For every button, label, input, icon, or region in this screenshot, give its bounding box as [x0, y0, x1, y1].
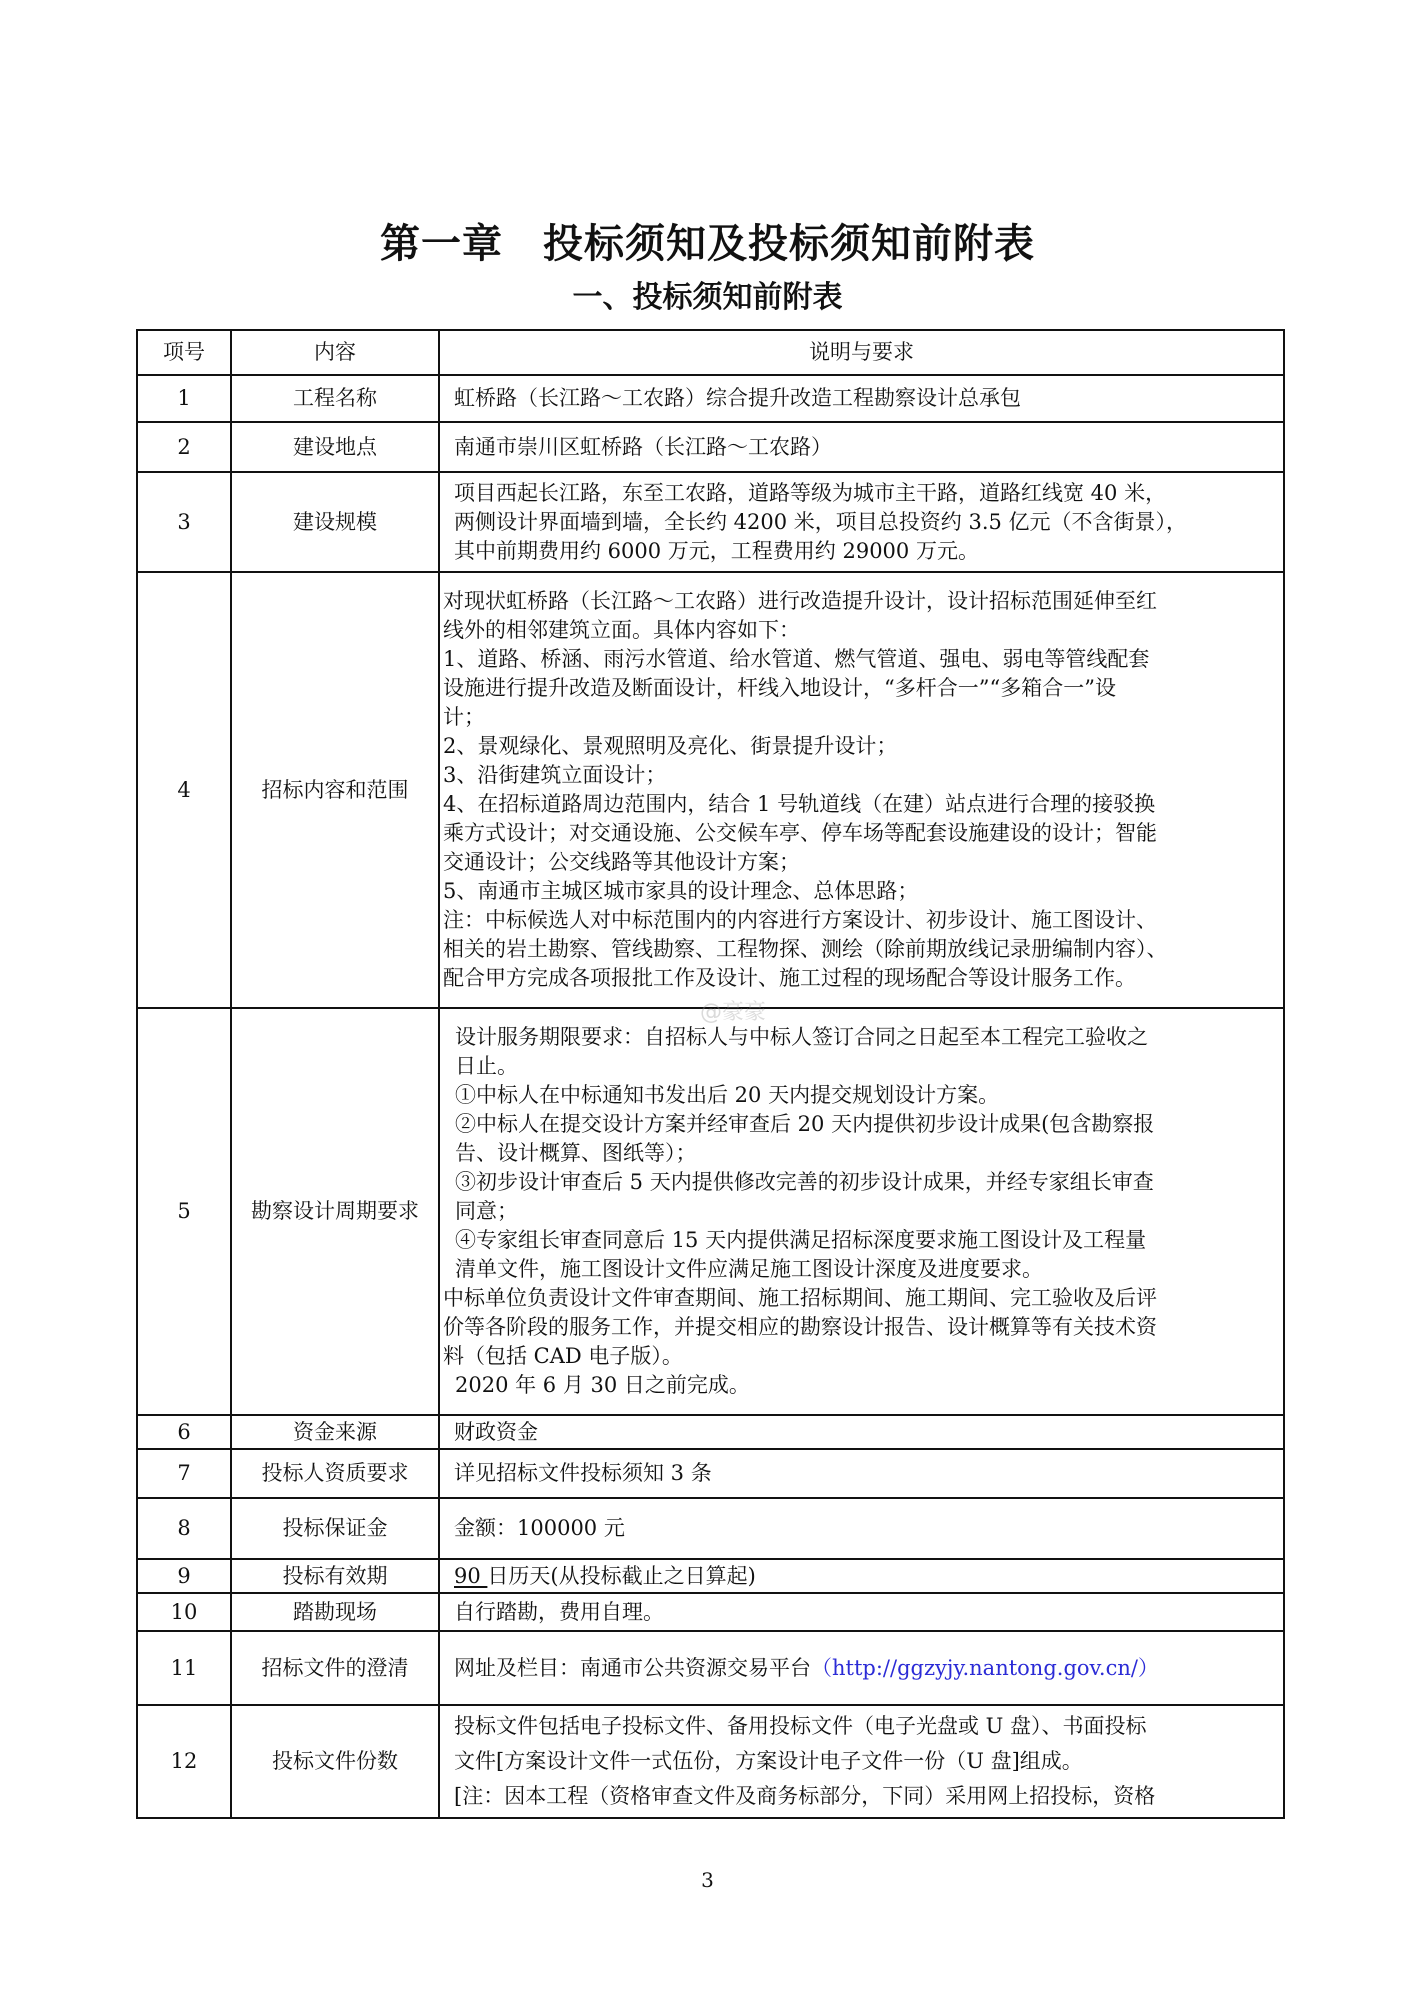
- row-desc: 对现状虹桥路（长江路～工农路）进行改造提升设计，设计招标范围延伸至红 线外的相邻…: [439, 572, 1284, 1008]
- validity-days: 90: [454, 1564, 487, 1588]
- table-row: 3 建设规模 项目西起长江路，东至工农路，道路等级为城市主干路，道路红线宽 40…: [137, 472, 1284, 572]
- row-no: 4: [137, 572, 231, 1008]
- row-item: 招标文件的澄清: [231, 1631, 439, 1705]
- row-no: 12: [137, 1705, 231, 1818]
- row-item: 投标文件份数: [231, 1705, 439, 1818]
- row-no: 11: [137, 1631, 231, 1705]
- row-no: 8: [137, 1498, 231, 1559]
- section-title: 一、投标须知前附表: [0, 272, 1415, 316]
- table-row: 4 招标内容和范围 对现状虹桥路（长江路～工农路）进行改造提升设计，设计招标范围…: [137, 572, 1284, 1008]
- row-no: 5: [137, 1008, 231, 1415]
- row-desc: 投标文件包括电子投标文件、备用投标文件（电子光盘或 U 盘）、书面投标 文件[方…: [439, 1705, 1284, 1818]
- table-row: 10 踏勘现场 自行踏勘，费用自理。: [137, 1593, 1284, 1631]
- row-desc: 网址及栏目：南通市公共资源交易平台（http://ggzyjy.nantong.…: [439, 1631, 1284, 1705]
- header-item: 内容: [231, 330, 439, 375]
- bid-instructions-table: 项号 内容 说明与要求 1 工程名称 虹桥路（长江路～工农路）综合提升改造工程勘…: [136, 329, 1285, 1819]
- row-no: 2: [137, 422, 231, 472]
- table-header-row: 项号 内容 说明与要求: [137, 330, 1284, 375]
- row-desc: 虹桥路（长江路～工农路）综合提升改造工程勘察设计总承包: [439, 375, 1284, 422]
- table-row: 2 建设地点 南通市崇川区虹桥路（长江路～工农路）: [137, 422, 1284, 472]
- table-row: 12 投标文件份数 投标文件包括电子投标文件、备用投标文件（电子光盘或 U 盘）…: [137, 1705, 1284, 1818]
- row-desc: 设计服务期限要求：自招标人与中标人签订合同之日起至本工程完工验收之 日止。 ①中…: [439, 1008, 1284, 1415]
- row-item: 建设规模: [231, 472, 439, 572]
- row-item: 投标有效期: [231, 1559, 439, 1593]
- row-item: 资金来源: [231, 1415, 439, 1449]
- row-desc: 财政资金: [439, 1415, 1284, 1449]
- row-no: 9: [137, 1559, 231, 1593]
- table-row: 11 招标文件的澄清 网址及栏目：南通市公共资源交易平台（http://ggzy…: [137, 1631, 1284, 1705]
- row-desc: 项目西起长江路，东至工农路，道路等级为城市主干路，道路红线宽 40 米， 两侧设…: [439, 472, 1284, 572]
- chapter-title: 第一章投标须知及投标须知前附表: [0, 212, 1415, 269]
- header-desc: 说明与要求: [439, 330, 1284, 375]
- chapter-number: 第一章: [380, 221, 503, 267]
- row-item: 踏勘现场: [231, 1593, 439, 1631]
- table-row: 9 投标有效期 90 日历天(从投标截止之日算起): [137, 1559, 1284, 1593]
- row-item: 招标内容和范围: [231, 572, 439, 1008]
- table-row: 5 勘察设计周期要求 设计服务期限要求：自招标人与中标人签订合同之日起至本工程完…: [137, 1008, 1284, 1415]
- table-row: 1 工程名称 虹桥路（长江路～工农路）综合提升改造工程勘察设计总承包: [137, 375, 1284, 422]
- table-row: 8 投标保证金 金额：100000 元: [137, 1498, 1284, 1559]
- row-desc: 南通市崇川区虹桥路（长江路～工农路）: [439, 422, 1284, 472]
- row-item: 勘察设计周期要求: [231, 1008, 439, 1415]
- row-no: 6: [137, 1415, 231, 1449]
- table-row: 6 资金来源 财政资金: [137, 1415, 1284, 1449]
- page-number: 3: [0, 1868, 1415, 1892]
- row-item: 投标保证金: [231, 1498, 439, 1559]
- row-desc: 详见招标文件投标须知 3 条: [439, 1449, 1284, 1498]
- platform-link[interactable]: （http://ggzyjy.nantong.gov.cn/）: [811, 1656, 1159, 1680]
- row-no: 1: [137, 375, 231, 422]
- header-no: 项号: [137, 330, 231, 375]
- row-no: 10: [137, 1593, 231, 1631]
- row-item: 建设地点: [231, 422, 439, 472]
- row-desc: 金额：100000 元: [439, 1498, 1284, 1559]
- chapter-name: 投标须知及投标须知前附表: [543, 221, 1035, 267]
- row-item: 投标人资质要求: [231, 1449, 439, 1498]
- watermark: @豪豪: [700, 995, 766, 1026]
- row-desc: 90 日历天(从投标截止之日算起): [439, 1559, 1284, 1593]
- document-page: 第一章投标须知及投标须知前附表 一、投标须知前附表 项号 内容 说明与要求 1 …: [0, 0, 1415, 2000]
- row-desc: 自行踏勘，费用自理。: [439, 1593, 1284, 1631]
- table-row: 7 投标人资质要求 详见招标文件投标须知 3 条: [137, 1449, 1284, 1498]
- row-item: 工程名称: [231, 375, 439, 422]
- row-no: 7: [137, 1449, 231, 1498]
- row-no: 3: [137, 472, 231, 572]
